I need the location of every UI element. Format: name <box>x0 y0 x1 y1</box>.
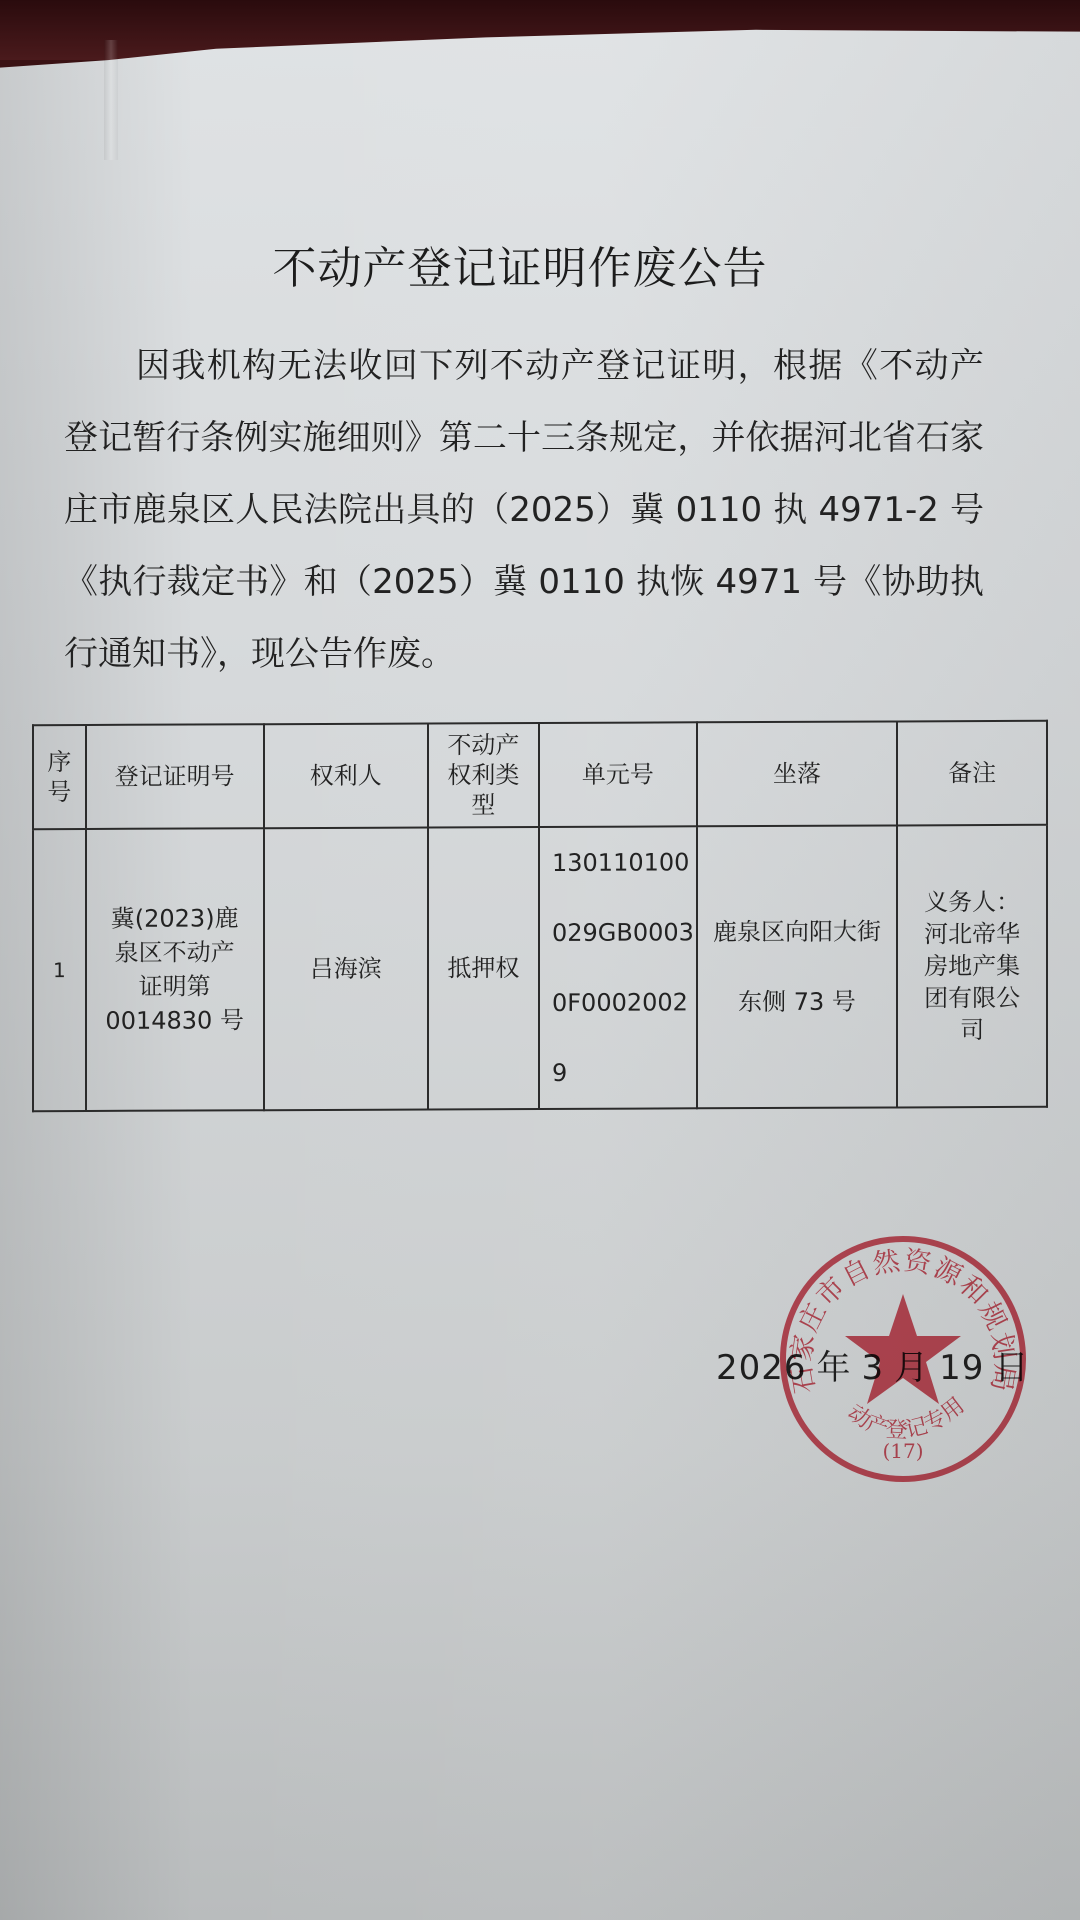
header-right-type: 不动产 权利类 型 <box>428 723 539 827</box>
cell-location: 鹿泉区向阳大街 东侧 73 号 <box>697 825 897 1108</box>
paragraph-line: 登记暂行条例实施细则》第二十三条规定，并依据河北省石 <box>64 418 950 458</box>
paragraph-line: 通知书》，现公告作废。 <box>98 634 455 674</box>
header-seq: 序 号 <box>33 725 86 829</box>
cell-remarks: 义务人： 河北帝华 房地产集 团有限公 司 <box>897 825 1047 1108</box>
document-title: 不动产登记证明作废公告 <box>0 232 1040 296</box>
cell-seq: 1 <box>33 829 86 1111</box>
seal-number: (17) <box>882 1439 923 1463</box>
cell-right-type: 抵押权 <box>428 827 539 1109</box>
star-icon <box>845 1294 961 1404</box>
cell-holder: 吕海滨 <box>264 827 428 1110</box>
table-row: 1 冀(2023)鹿 泉区不动产 证明第 0014830 号 吕海滨 抵押权 1… <box>33 825 1047 1111</box>
header-holder: 权利人 <box>264 723 428 828</box>
paper-fold <box>104 40 118 160</box>
header-cert-no: 登记证明号 <box>86 724 264 829</box>
cell-unit-no: 130110100 029GB0003 0F0002002 9 <box>539 826 697 1109</box>
header-remarks: 备注 <box>897 721 1047 826</box>
certificate-table: 序 号 登记证明号 权利人 不动产 权利类 型 单元号 坐落 备注 1 冀(20… <box>32 720 1048 1112</box>
notice-paragraph: 因我机构无法收回下列不动产登记证明，根据《不动产登记暂行条例实施细则》第二十三条… <box>64 330 984 690</box>
table-header-row: 序 号 登记证明号 权利人 不动产 权利类 型 单元号 坐落 备注 <box>33 721 1047 829</box>
header-unit-no: 单元号 <box>539 722 697 827</box>
paragraph-line: 因我机构无法收回下列不动产登记证明，根据《不动产 <box>136 346 984 386</box>
official-seal-icon: 石家庄市自然资源和规划局 不动产登记专用章 (17) <box>776 1232 1030 1486</box>
header-location: 坐落 <box>697 721 897 826</box>
cell-cert-no: 冀(2023)鹿 泉区不动产 证明第 0014830 号 <box>86 828 264 1111</box>
